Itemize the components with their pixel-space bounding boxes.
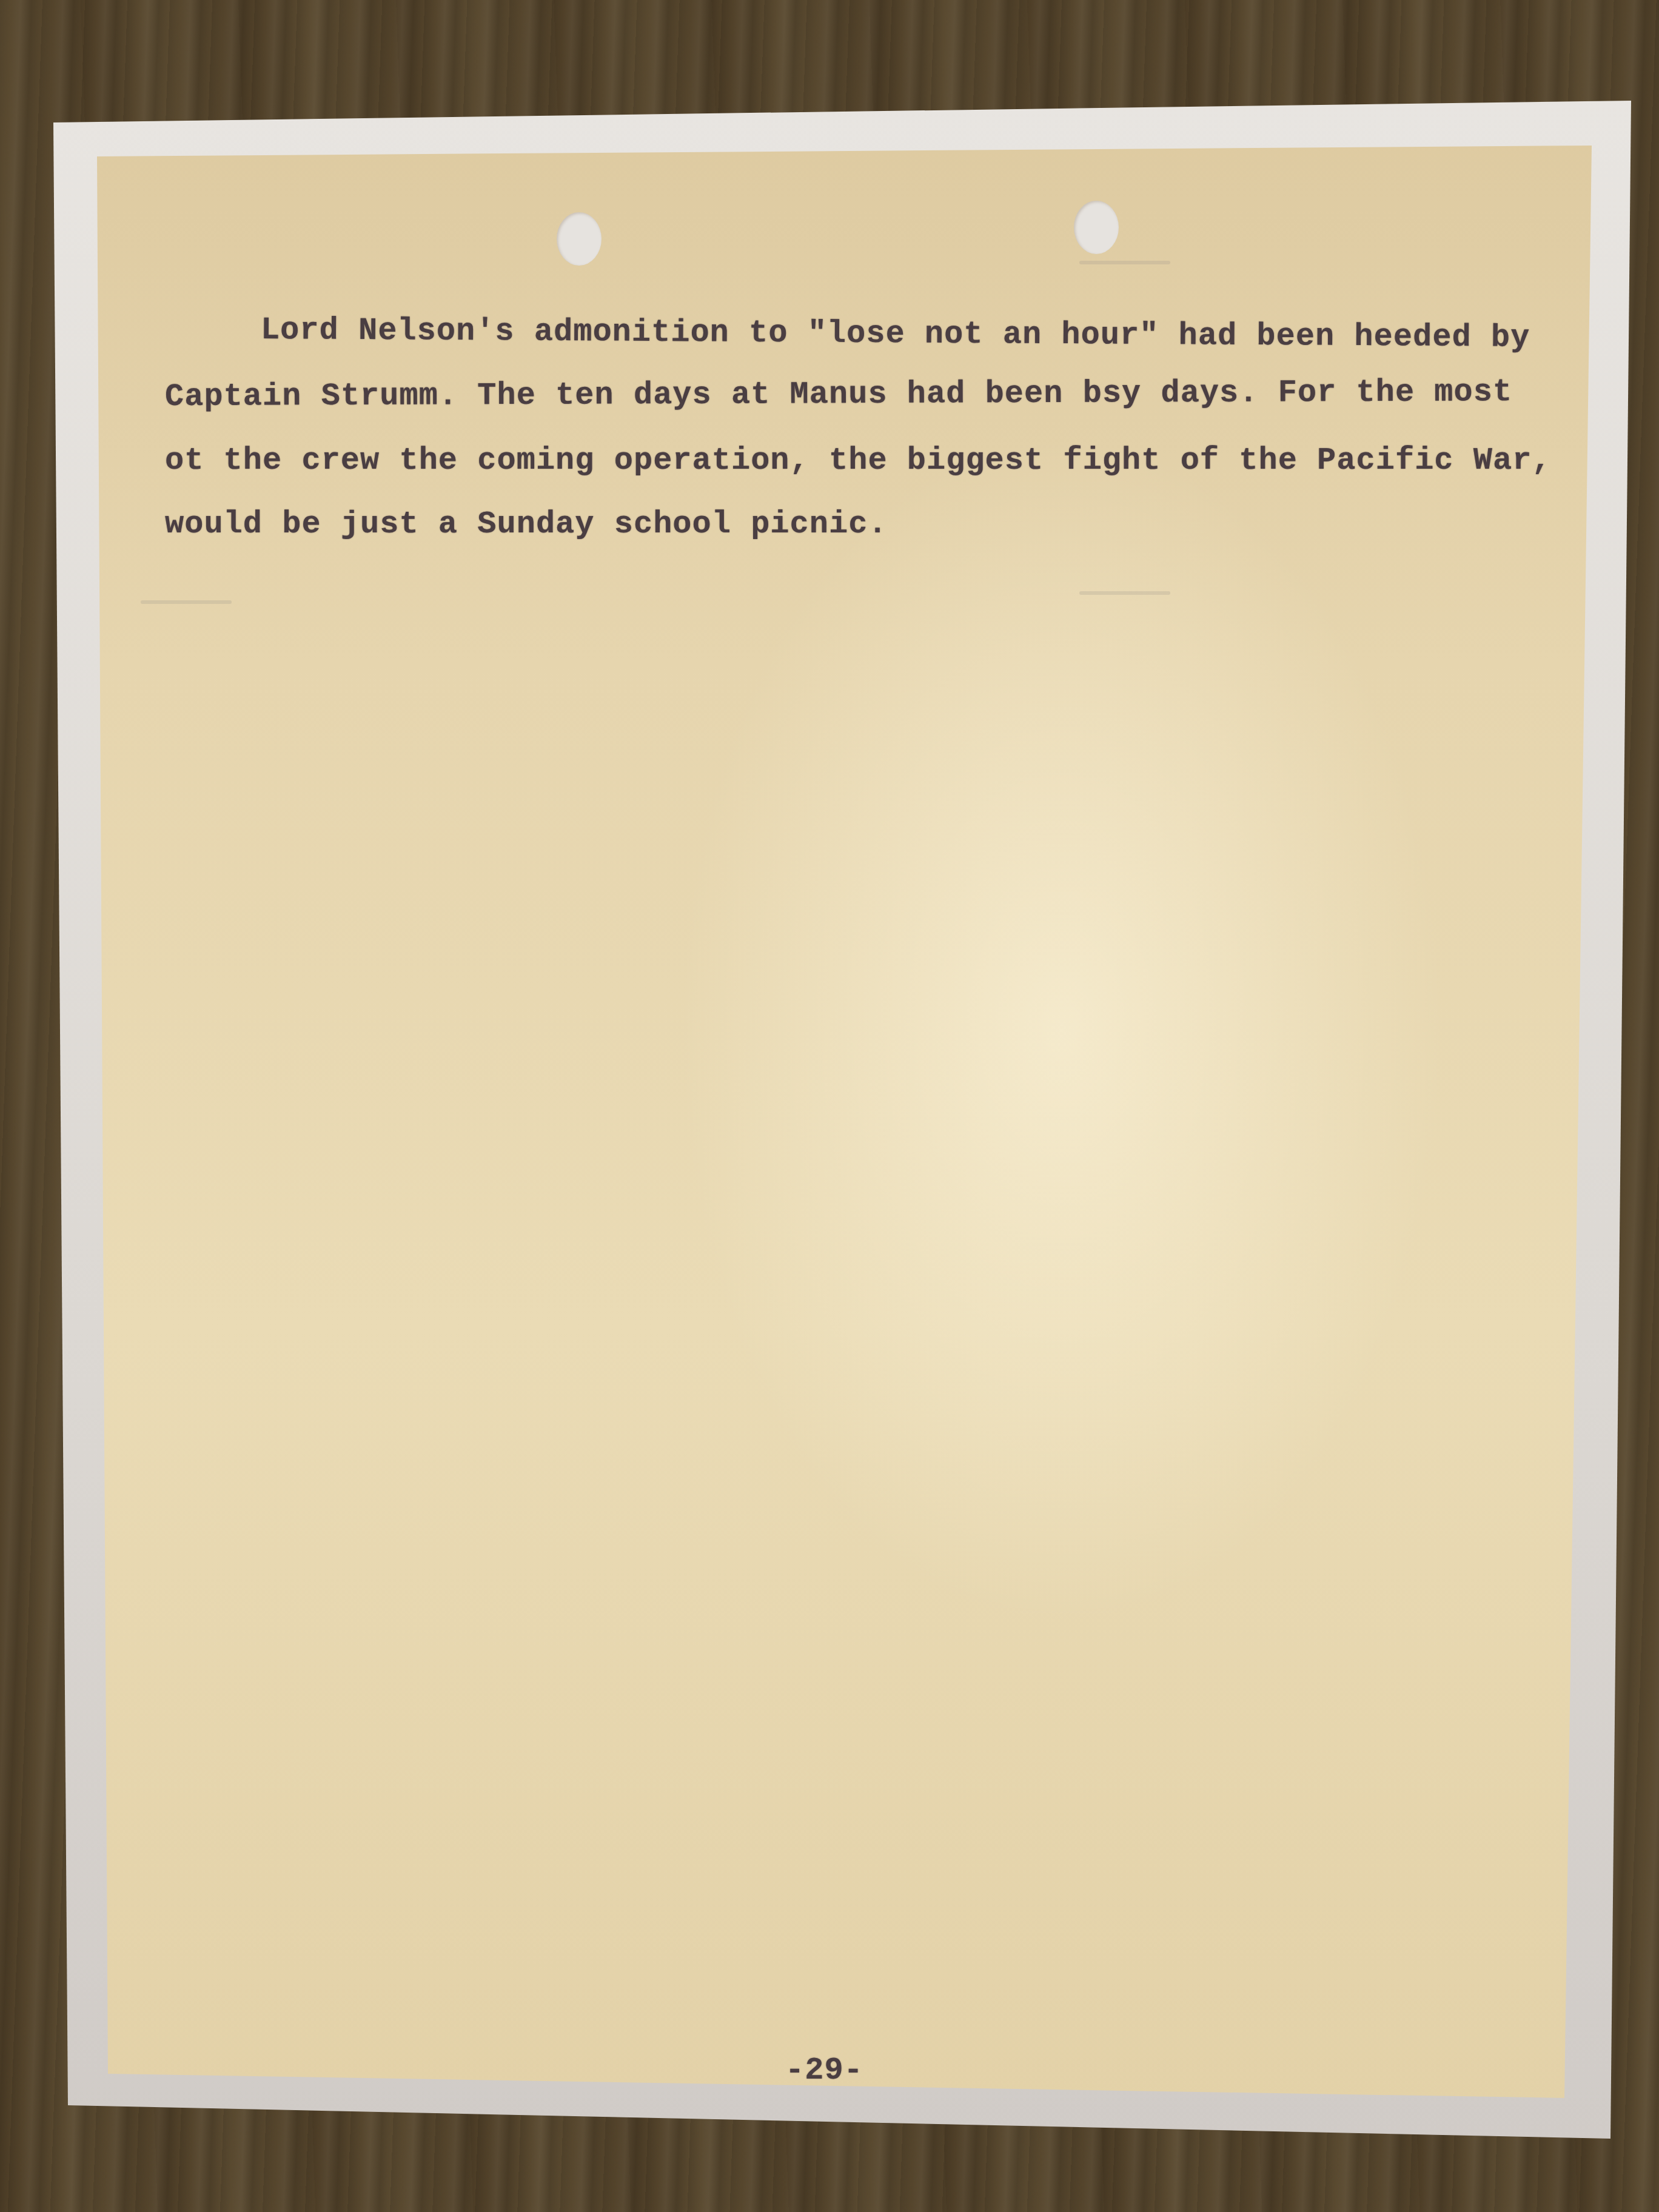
offset-smudge — [1079, 591, 1170, 595]
paragraph-line-2: Captain Strumm. The ten days at Manus ha… — [165, 374, 1512, 415]
offset-smudge — [141, 600, 232, 604]
punch-hole-right — [1074, 201, 1119, 254]
page-number: -29- — [785, 2053, 863, 2088]
punch-hole-left — [557, 212, 602, 266]
paragraph-line-3: ot the crew the coming operation, the bi… — [165, 443, 1552, 478]
offset-smudge — [1079, 261, 1170, 264]
paragraph-line-4: would be just a Sunday school picnic. — [165, 506, 888, 542]
